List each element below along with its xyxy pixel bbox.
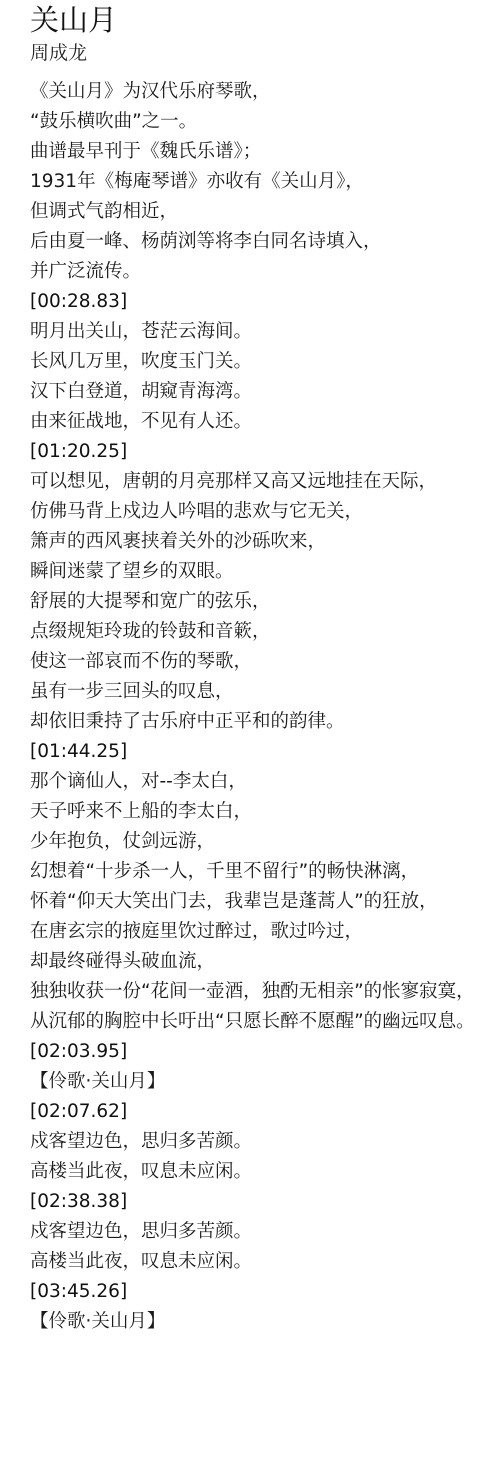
lyric-line: 仿佛马背上戍边人吟唱的悲欢与它无关， <box>30 497 500 527</box>
lyric-timestamp: [01:20.25] <box>30 437 500 467</box>
lyric-line: 幻想着“十步杀一人，千里不留行”的畅快淋漓， <box>30 857 500 887</box>
lyric-line: 从沉郁的胸腔中长吁出“只愿长醉不愿醒”的幽远叹息。 <box>30 1007 500 1037</box>
lyric-line: 却最终碰得头破血流， <box>30 947 500 977</box>
lyric-line: 在唐玄宗的掖庭里饮过醉过，歌过吟过， <box>30 917 500 947</box>
lyric-timestamp: [01:44.25] <box>30 737 500 767</box>
lyric-line: 使这一部哀而不伤的琴歌， <box>30 647 500 677</box>
lyric-line: 可以想见，唐朝的月亮那样又高又远地挂在天际， <box>30 467 500 497</box>
lyric-line: 后由夏一峰、杨荫浏等将李白同名诗填入， <box>30 227 500 257</box>
lyric-line: “鼓乐横吹曲”之一。 <box>30 107 500 137</box>
lyric-line: 高楼当此夜，叹息未应闲。 <box>30 1157 500 1187</box>
song-artist: 周成龙 <box>30 41 500 65</box>
lyric-line: 虽有一步三回头的叹息， <box>30 677 500 707</box>
lyric-line: 明月出关山，苍茫云海间。 <box>30 317 500 347</box>
lyric-timestamp: [03:45.26] <box>30 1277 500 1307</box>
lyric-timestamp: [02:07.62] <box>30 1097 500 1127</box>
lyric-timestamp: [02:03.95] <box>30 1037 500 1067</box>
lyric-line: 那个谪仙人，对--李太白， <box>30 767 500 797</box>
lyric-timestamp: [02:38.38] <box>30 1187 500 1217</box>
lyric-line: 天子呼来不上船的李太白， <box>30 797 500 827</box>
lyric-line: 瞬间迷蒙了望乡的双眼。 <box>30 557 500 587</box>
lyric-section-heading: 【伶歌·关山月】 <box>30 1307 500 1337</box>
lyrics-page: 关山月 周成龙 《关山月》为汉代乐府琴歌， “鼓乐横吹曲”之一。 曲谱最早刊于《… <box>30 0 500 1337</box>
lyric-line: 戍客望边色，思归多苦颜。 <box>30 1127 500 1157</box>
lyric-section-heading: 【伶歌·关山月】 <box>30 1067 500 1097</box>
lyrics-body: 《关山月》为汉代乐府琴歌， “鼓乐横吹曲”之一。 曲谱最早刊于《魏氏乐谱》； 1… <box>30 77 500 1337</box>
lyric-line: 但调式气韵相近， <box>30 197 500 227</box>
lyric-line: 汉下白登道，胡窥青海湾。 <box>30 377 500 407</box>
lyric-line: 《关山月》为汉代乐府琴歌， <box>30 77 500 107</box>
lyric-line: 长风几万里，吹度玉门关。 <box>30 347 500 377</box>
lyric-line: 舒展的大提琴和宽广的弦乐， <box>30 587 500 617</box>
lyric-line: 曲谱最早刊于《魏氏乐谱》； <box>30 137 500 167</box>
lyric-line: 由来征战地，不见有人还。 <box>30 407 500 437</box>
lyric-line: 1931年《梅庵琴谱》亦收有《关山月》， <box>30 167 500 197</box>
song-title: 关山月 <box>30 2 500 38</box>
lyric-timestamp: [00:28.83] <box>30 287 500 317</box>
lyric-line: 却依旧秉持了古乐府中正平和的韵律。 <box>30 707 500 737</box>
lyric-line: 少年抱负，仗剑远游， <box>30 827 500 857</box>
lyric-line: 箫声的西风裹挟着关外的沙砾吹来， <box>30 527 500 557</box>
lyric-line: 怀着“仰天大笑出门去，我辈岂是蓬蒿人”的狂放， <box>30 887 500 917</box>
lyric-line: 戍客望边色，思归多苦颜。 <box>30 1217 500 1247</box>
lyric-line: 高楼当此夜，叹息未应闲。 <box>30 1247 500 1277</box>
lyric-line: 点缀规矩玲珑的铃鼓和音簌， <box>30 617 500 647</box>
lyric-line: 独独收获一份“花间一壶酒，独酌无相亲”的怅寥寂寞， <box>30 977 500 1007</box>
lyric-line: 并广泛流传。 <box>30 257 500 287</box>
